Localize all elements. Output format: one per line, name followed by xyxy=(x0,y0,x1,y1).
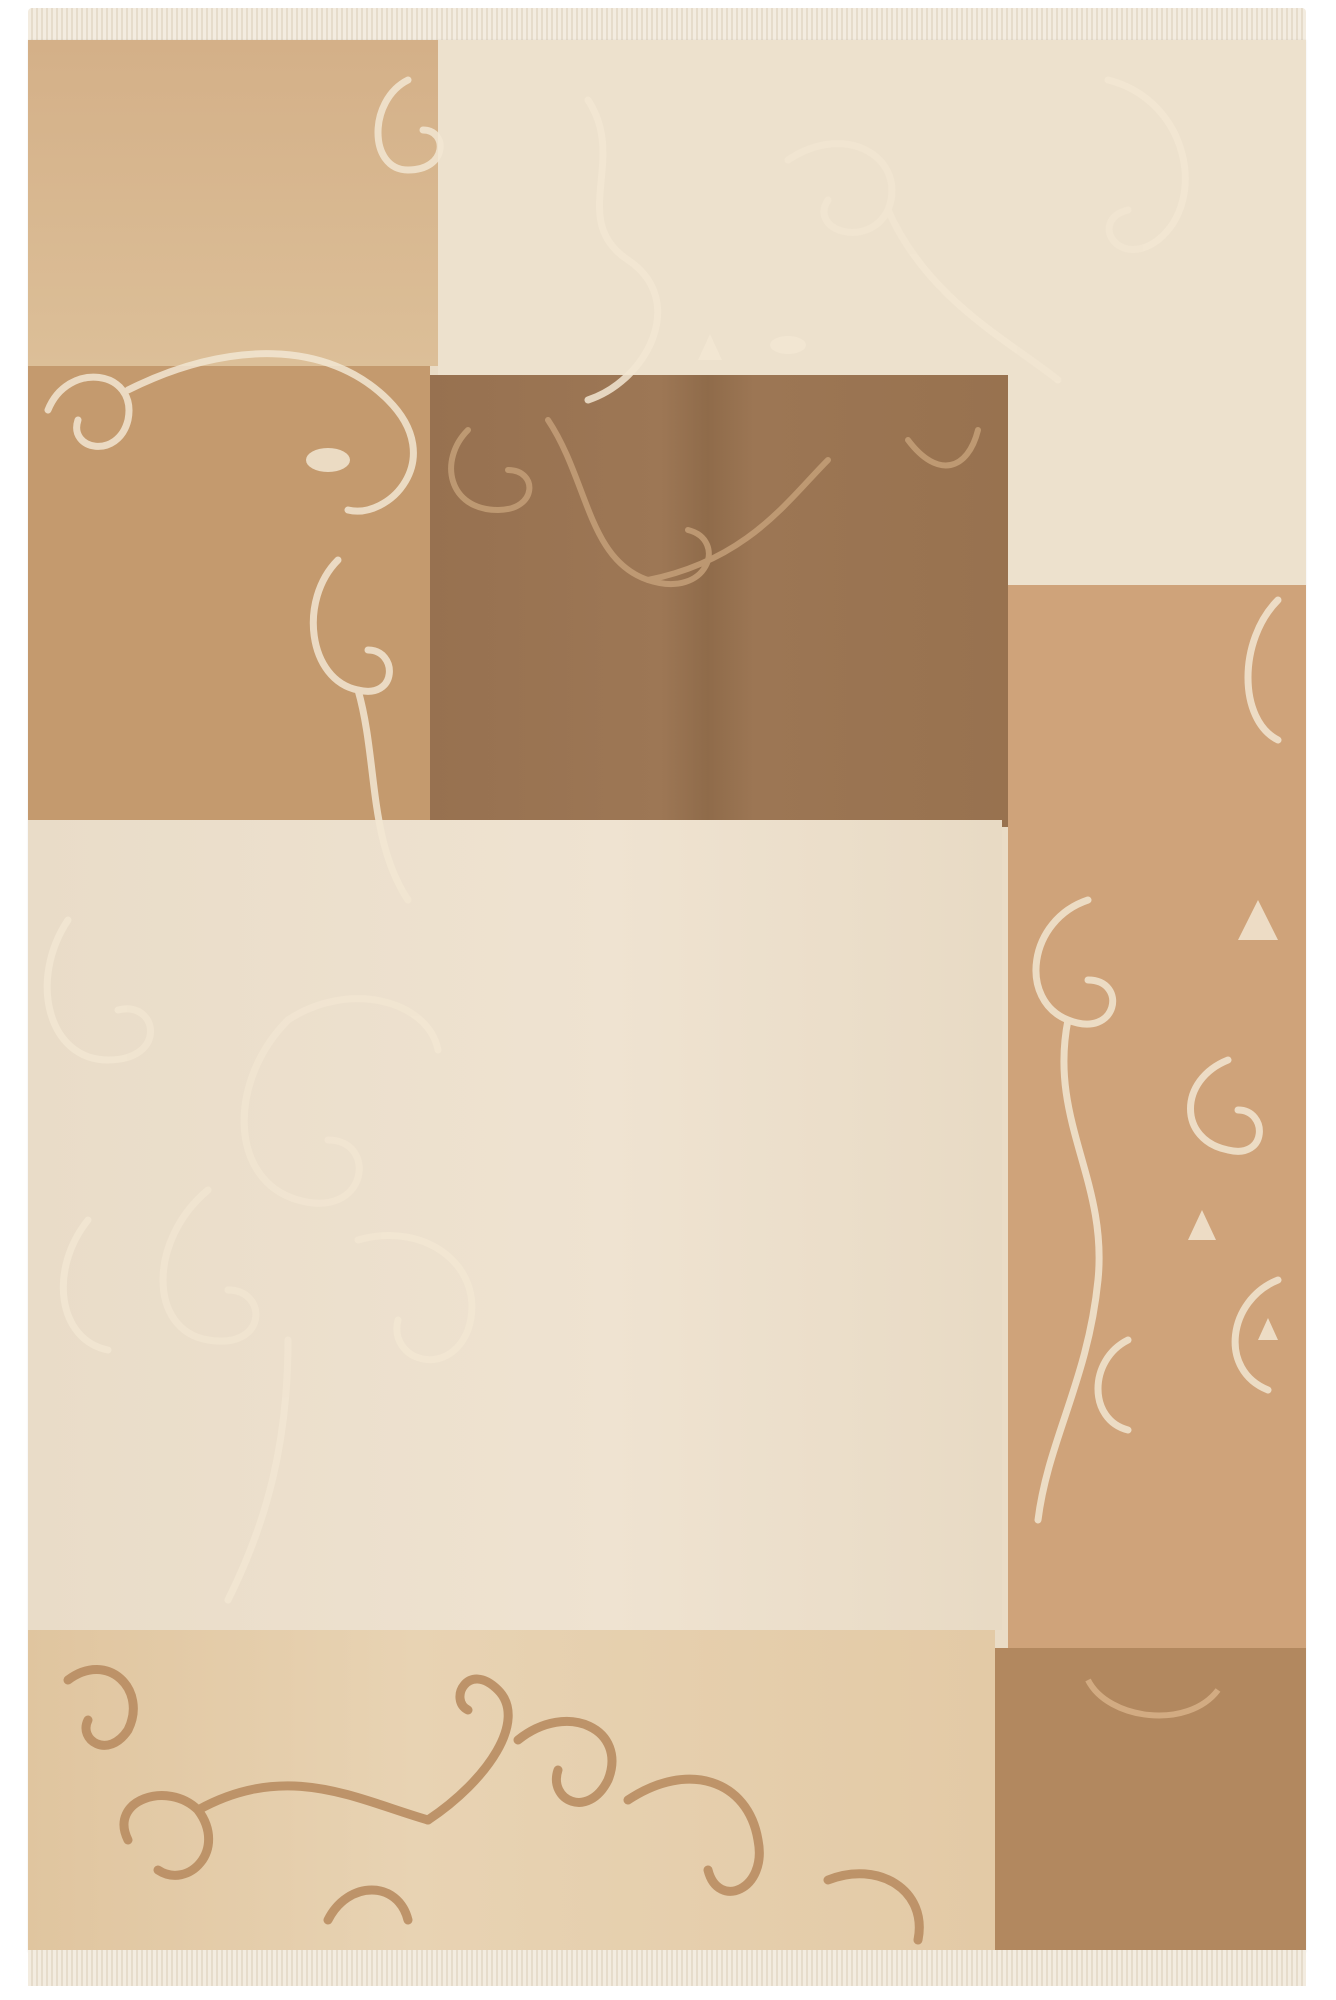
center-cream-block xyxy=(28,820,1002,1630)
top-left-tan-block xyxy=(28,40,438,366)
top-fringe xyxy=(28,8,1306,44)
bottom-right-brown-block xyxy=(995,1648,1306,1952)
right-tan-block xyxy=(1008,585,1306,1648)
bottom-fringe xyxy=(28,1950,1306,1986)
bottom-beige-band xyxy=(28,1630,995,1952)
center-dark-brown-block xyxy=(430,375,1008,827)
rug xyxy=(28,40,1306,1952)
mid-left-brown-block xyxy=(28,366,430,820)
